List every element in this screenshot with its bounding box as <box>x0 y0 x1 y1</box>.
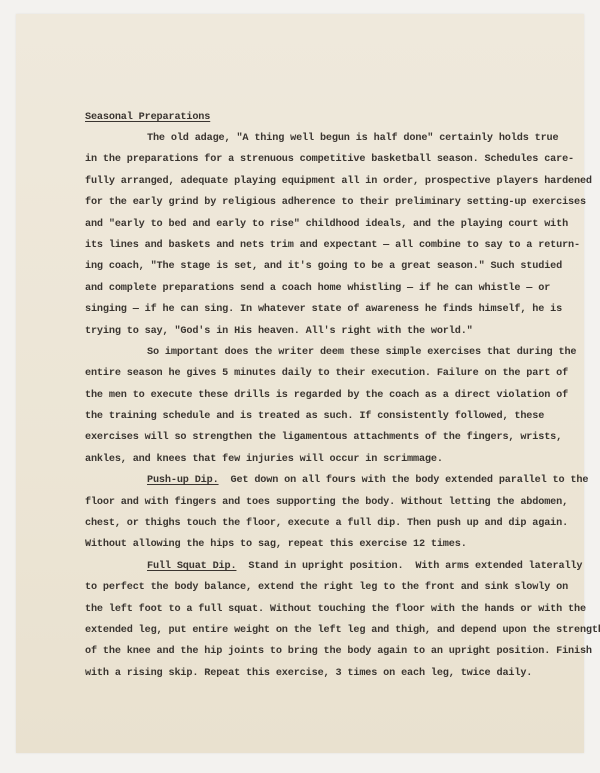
text-line: floor and with fingers and toes supporti… <box>85 492 585 513</box>
text-line: singing — if he can sing. In whatever st… <box>85 299 585 320</box>
exercise-title: Push-up Dip. <box>147 475 219 486</box>
text-line: the men to execute these drills is regar… <box>85 385 585 406</box>
text-line: ing coach, "The stage is set, and it's g… <box>85 256 585 277</box>
exercise-title: Full Squat Dip. <box>147 561 236 572</box>
text-fragment: Get down on all fours with the body exte… <box>219 475 589 486</box>
text-line: chest, or thighs touch the floor, execut… <box>85 513 585 534</box>
text-line: Full Squat Dip. Stand in upright positio… <box>85 556 585 577</box>
text-line: extended leg, put entire weight on the l… <box>85 620 585 641</box>
text-line: fully arranged, adequate playing equipme… <box>85 171 585 192</box>
document-body: Seasonal Preparations The old adage, "A … <box>85 107 585 684</box>
text-line: Without allowing the hips to sag, repeat… <box>85 534 585 555</box>
text-line: trying to say, "God's in His heaven. All… <box>85 321 585 342</box>
paragraph-full-squat-dip: Full Squat Dip. Stand in upright positio… <box>85 556 585 684</box>
text-line: ankles, and knees that few injuries will… <box>85 449 585 470</box>
text-line: exercises will so strengthen the ligamen… <box>85 427 585 448</box>
text-line: Push-up Dip. Get down on all fours with … <box>85 470 585 491</box>
text-line: the left foot to a full squat. Without t… <box>85 599 585 620</box>
document-page: Seasonal Preparations The old adage, "A … <box>16 14 584 753</box>
text-line: and "early to bed and early to rise" chi… <box>85 214 585 235</box>
paragraph-push-up-dip: Push-up Dip. Get down on all fours with … <box>85 470 585 556</box>
text-line: with a rising skip. Repeat this exercise… <box>85 663 585 684</box>
text-line: the training schedule and is treated as … <box>85 406 585 427</box>
section-heading-text: Seasonal Preparations <box>85 112 210 123</box>
text-line: in the preparations for a strenuous comp… <box>85 149 585 170</box>
text-line: entire season he gives 5 minutes daily t… <box>85 363 585 384</box>
paragraph-intro: The old adage, "A thing well begun is ha… <box>85 128 585 342</box>
section-heading: Seasonal Preparations <box>85 107 585 128</box>
paragraph-exercises-importance: So important does the writer deem these … <box>85 342 585 470</box>
text-line: So important does the writer deem these … <box>85 342 585 363</box>
text-line: of the knee and the hip joints to bring … <box>85 641 585 662</box>
text-line: for the early grind by religious adheren… <box>85 192 585 213</box>
text-fragment: Stand in upright position. With arms ext… <box>236 561 582 572</box>
text-line: to perfect the body balance, extend the … <box>85 577 585 598</box>
text-line: The old adage, "A thing well begun is ha… <box>85 128 585 149</box>
text-line: and complete preparations send a coach h… <box>85 278 585 299</box>
text-line: its lines and baskets and nets trim and … <box>85 235 585 256</box>
